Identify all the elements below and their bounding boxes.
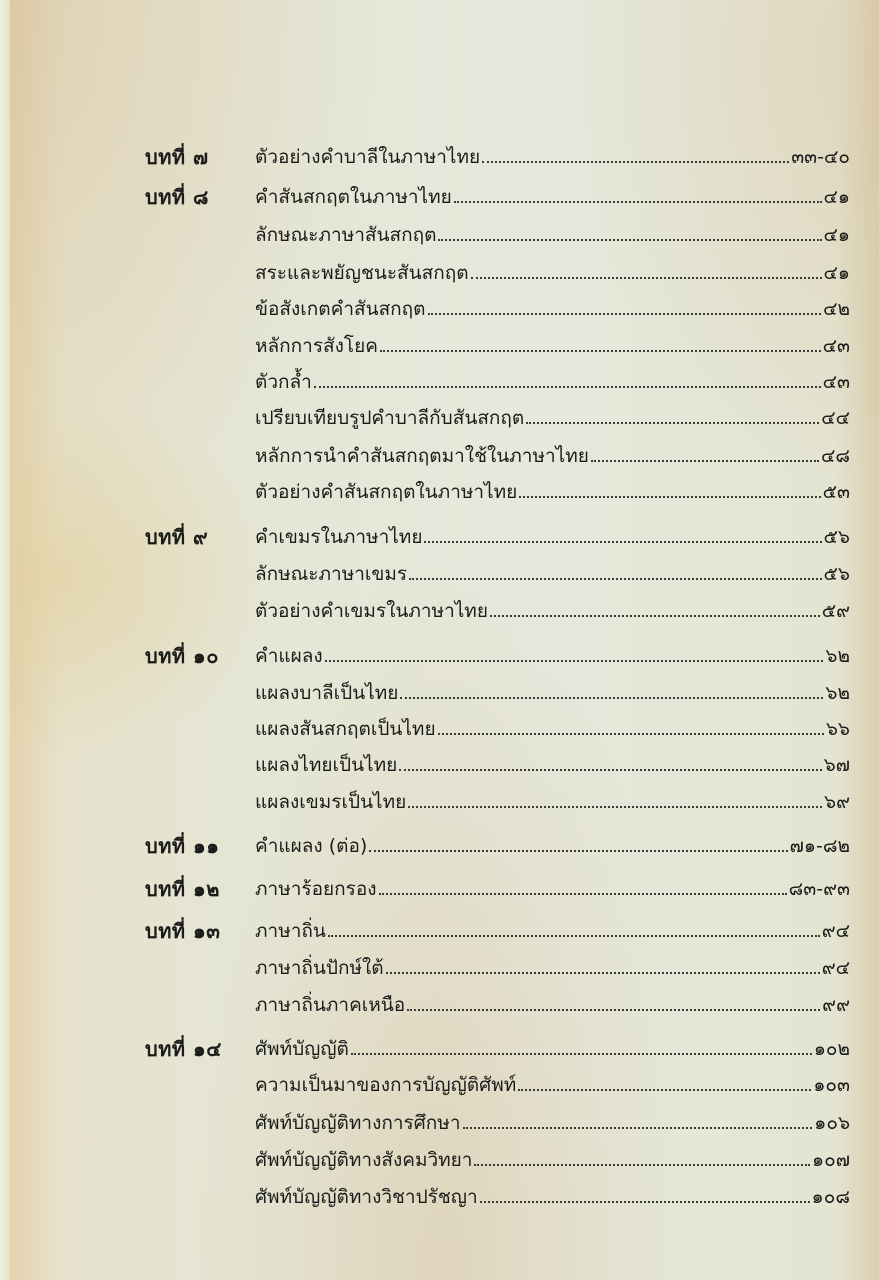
toc-entry[interactable]: สระและพยัญชนะสันสกฤต๔๑: [145, 254, 850, 284]
entry-title: ศัพท์บัญญัติ: [255, 1038, 349, 1060]
entry-title: ศัพท์บัญญัติทางวิชาปรัชญา: [255, 1186, 478, 1208]
toc-entry[interactable]: ศัพท์บัญญัติทางการศึกษา๑๐๖: [145, 1104, 850, 1134]
entry-title: คำเขมรในภาษาไทย: [255, 526, 422, 548]
toc-entry[interactable]: ลักษณะภาษาเขมร๕๖: [145, 555, 850, 585]
dot-leader: [438, 239, 821, 241]
toc-entry[interactable]: บทที่ ๑๒ภาษาร้อยกรอง๘๓-๙๓: [145, 870, 850, 900]
dot-leader: [325, 660, 824, 662]
dot-leader: [428, 313, 822, 315]
dot-leader: [314, 386, 821, 388]
page-number: ๑๐๒: [814, 1038, 850, 1060]
page-number: ๑๐๖: [814, 1112, 850, 1134]
page-number: ๖๒: [825, 682, 850, 704]
entry-title: หลักการนำคำสันสกฤตมาใช้ในภาษาไทย: [255, 445, 589, 467]
entry-title: ศัพท์บัญญัติทางการศึกษา: [255, 1112, 461, 1134]
entry-title: ภาษาร้อยกรอง: [255, 878, 377, 900]
dot-leader: [380, 350, 821, 352]
toc-entry[interactable]: ตัวอย่างคำเขมรในภาษาไทย๕๙: [145, 592, 850, 622]
page-number: ๖๗: [824, 754, 850, 776]
toc-entry[interactable]: ลักษณะภาษาสันสกฤต๔๑: [145, 216, 850, 246]
chapter-label: บทที่ ๑๔: [145, 1038, 255, 1060]
chapter-label: บทที่ ๑๓: [145, 920, 255, 942]
dot-leader: [379, 893, 787, 895]
toc-entry[interactable]: หลักการนำคำสันสกฤตมาใช้ในภาษาไทย๔๘: [145, 437, 850, 467]
page-number: ๔๑: [824, 186, 850, 208]
entry-title: ความเป็นมาของการบัญญัติศัพท์: [255, 1074, 516, 1096]
toc-entry[interactable]: ภาษาถิ่นปักษ์ใต้๙๔: [145, 949, 850, 979]
dot-leader: [480, 1201, 810, 1203]
page-number: ๔๓: [823, 335, 850, 357]
dot-leader: [454, 201, 822, 203]
page-number: ๖๙: [824, 791, 850, 813]
chapter-label: บทที่ ๑๒: [145, 878, 255, 900]
dot-leader: [424, 541, 821, 543]
page-number: ๔๔: [821, 407, 850, 429]
entry-title: แผลงเขมรเป็นไทย: [255, 791, 406, 813]
dot-leader: [482, 161, 789, 163]
entry-title: ภาษาถิ่นภาคเหนือ: [255, 994, 405, 1016]
entry-title: ลักษณะภาษาเขมร: [255, 563, 407, 585]
dot-leader: [591, 460, 819, 462]
page-number: ๑๐๓: [813, 1074, 850, 1096]
toc-entry[interactable]: ความเป็นมาของการบัญญัติศัพท์๑๐๓: [145, 1066, 850, 1096]
chapter-label: บทที่ ๘: [145, 186, 255, 208]
dot-leader: [351, 1053, 812, 1055]
page-number: ๙๔: [822, 957, 850, 979]
toc-entry[interactable]: บทที่ ๑๔ศัพท์บัญญัติ๑๐๒: [145, 1030, 850, 1060]
toc-entry[interactable]: ตัวกล้ำ๔๓: [145, 363, 850, 393]
toc-entry[interactable]: ตัวอย่างคำสันสกฤตในภาษาไทย๕๓: [145, 473, 850, 503]
page-number: ๖๖: [826, 718, 850, 740]
entry-title: ตัวอย่างคำสันสกฤตในภาษาไทย: [255, 481, 517, 503]
dot-leader: [490, 615, 820, 617]
toc-entry[interactable]: ศัพท์บัญญัติทางวิชาปรัชญา๑๐๘: [145, 1178, 850, 1208]
entry-title: ศัพท์บัญญัติทางสังคมวิทยา: [255, 1149, 472, 1171]
dot-leader: [407, 1009, 820, 1011]
page-number: ๓๓-๔๐: [791, 146, 850, 168]
toc-entry[interactable]: บทที่ ๑๐คำแผลง๖๒: [145, 637, 850, 667]
dot-leader: [400, 697, 823, 699]
dot-leader: [526, 422, 819, 424]
page-number: ๕๖: [824, 526, 850, 548]
page-number: ๙๔: [822, 920, 850, 942]
entry-title: แผลงบาลีเป็นไทย: [255, 682, 398, 704]
page-number: ๔๑: [824, 224, 850, 246]
page-number: ๔๒: [823, 298, 850, 320]
page-number: ๘๓-๙๓: [789, 878, 850, 900]
entry-title: แผลงไทยเป็นไทย: [255, 754, 397, 776]
book-spine-edge: [0, 0, 10, 1280]
page-number: ๗๑-๘๒: [790, 835, 850, 857]
toc-entry[interactable]: บทที่ ๙คำเขมรในภาษาไทย๕๖: [145, 518, 850, 548]
entry-title: ตัวอย่างคำบาลีในภาษาไทย: [255, 146, 480, 168]
entry-title: ตัวอย่างคำเขมรในภาษาไทย: [255, 600, 488, 622]
dot-leader: [408, 806, 822, 808]
toc-entry[interactable]: ข้อสังเกตคำสันสกฤต๔๒: [145, 290, 850, 320]
dot-leader: [409, 578, 821, 580]
toc-entry[interactable]: บทที่ ๗ตัวอย่างคำบาลีในภาษาไทย๓๓-๔๐: [145, 138, 850, 168]
toc-entry[interactable]: บทที่ ๑๓ภาษาถิ่น๙๔: [145, 912, 850, 942]
dot-leader: [463, 1127, 813, 1129]
entry-title: แผลงสันสกฤตเป็นไทย: [255, 718, 436, 740]
dot-leader: [386, 972, 820, 974]
page-number: ๖๒: [825, 645, 850, 667]
dot-leader: [519, 496, 820, 498]
entry-title: ข้อสังเกตคำสันสกฤต: [255, 298, 426, 320]
entry-title: ภาษาถิ่น: [255, 920, 326, 942]
page-number: ๑๐๘: [812, 1186, 850, 1208]
toc-entry[interactable]: ภาษาถิ่นภาคเหนือ๙๙: [145, 986, 850, 1016]
dot-leader: [438, 733, 824, 735]
dot-leader: [518, 1089, 811, 1091]
page-number: ๙๙: [822, 994, 850, 1016]
entry-title: หลักการสังโยค: [255, 335, 378, 357]
toc-entry[interactable]: บทที่ ๑๑คำแผลง (ต่อ)๗๑-๘๒: [145, 827, 850, 857]
page-number: ๔๘: [821, 445, 850, 467]
dot-leader: [328, 935, 820, 937]
dot-leader: [369, 850, 787, 852]
entry-title: เปรียบเทียบรูปคำบาลีกับสันสกฤต: [255, 407, 524, 429]
toc-entry[interactable]: เปรียบเทียบรูปคำบาลีกับสันสกฤต๔๔: [145, 399, 850, 429]
entry-title: ลักษณะภาษาสันสกฤต: [255, 224, 436, 246]
toc-entry[interactable]: ศัพท์บัญญัติทางสังคมวิทยา๑๐๗: [145, 1141, 850, 1171]
toc-entry[interactable]: แผลงเขมรเป็นไทย๖๙: [145, 783, 850, 813]
chapter-label: บทที่ ๗: [145, 146, 255, 168]
chapter-label: บทที่ ๙: [145, 526, 255, 548]
page-number: ๔๑: [824, 262, 850, 284]
entry-title: คำสันสกฤตในภาษาไทย: [255, 186, 452, 208]
toc-entry[interactable]: บทที่ ๘คำสันสกฤตในภาษาไทย๔๑: [145, 178, 850, 208]
entry-title: คำแผลง (ต่อ): [255, 835, 367, 857]
entry-title: คำแผลง: [255, 645, 323, 667]
entry-title: ตัวกล้ำ: [255, 371, 312, 393]
toc-entry[interactable]: แผลงไทยเป็นไทย๖๗: [145, 746, 850, 776]
entry-title: ภาษาถิ่นปักษ์ใต้: [255, 957, 384, 979]
chapter-label: บทที่ ๑๐: [145, 645, 255, 667]
entry-title: สระและพยัญชนะสันสกฤต: [255, 262, 469, 284]
page-number: ๔๓: [823, 371, 850, 393]
page-number: ๕๓: [823, 481, 850, 503]
dot-leader: [399, 769, 821, 771]
page-number: ๑๐๗: [812, 1149, 850, 1171]
page-number: ๕๙: [822, 600, 850, 622]
dot-leader: [474, 1164, 810, 1166]
page-number: ๕๖: [824, 563, 850, 585]
dot-leader: [471, 277, 822, 279]
toc-entry[interactable]: หลักการสังโยค๔๓: [145, 327, 850, 357]
toc-entry[interactable]: แผลงสันสกฤตเป็นไทย๖๖: [145, 710, 850, 740]
toc-entry[interactable]: แผลงบาลีเป็นไทย๖๒: [145, 674, 850, 704]
chapter-label: บทที่ ๑๑: [145, 835, 255, 857]
